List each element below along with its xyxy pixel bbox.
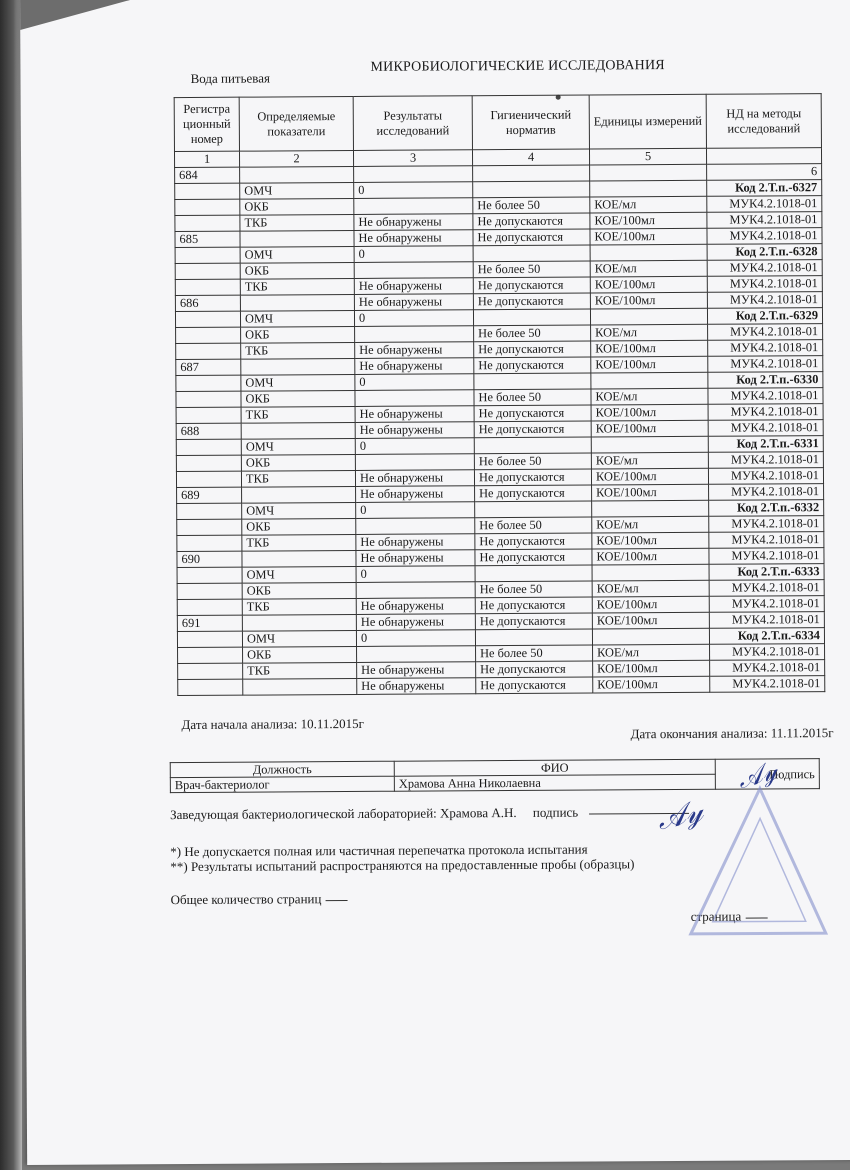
cell-result [356,582,475,599]
cell-method-doc: 6 [707,164,822,181]
cell-unit [591,372,708,389]
column-number: 2 [239,150,353,167]
cell-unit: КОЕ/100мл [592,532,709,549]
triangle-stamp [680,783,831,944]
cell-parameter: ТКБ [241,470,355,487]
cell-unit: КОЕ/мл [590,260,707,277]
cell-hygienic-norm: Не более 50 [473,261,590,278]
cell-reg-number [177,519,242,535]
cell-method-doc: МУК4.2.1018-01 [708,404,823,421]
cell-hygienic-norm: Не более 50 [474,453,591,470]
cell-reg-number [177,631,242,647]
cell-hygienic-norm: Не допускаются [475,597,592,614]
header-methods: НД на методы исследований [706,94,821,149]
cell-method-doc: МУК4.2.1018-01 [709,548,824,565]
document-page: Вода питьевая МИКРОБИОЛОГИЧЕСКИЕ ИССЛЕДО… [20,0,850,1165]
cell-unit: КОЕ/100мл [593,676,710,693]
cell-parameter [242,550,356,567]
cell-hygienic-norm: Не допускаются [473,277,590,294]
cell-method-doc: МУК4.2.1018-01 [708,340,823,357]
cell-parameter: ОКБ [242,518,356,535]
cell-result: Не обнаружены [354,214,473,231]
document-header: Вода питьевая МИКРОБИОЛОГИЧЕСКИЕ ИССЛЕДО… [155,55,815,89]
cell-result: Не обнаружены [354,278,473,295]
cell-hygienic-norm: Не допускаются [473,213,590,230]
cell-parameter [240,166,354,183]
cell-unit: КОЕ/100мл [592,612,709,629]
cell-parameter [240,294,354,311]
cell-unit: КОЕ/мл [591,324,708,341]
cell-reg-number: 691 [177,615,242,631]
cell-parameter [241,358,355,375]
cell-method-doc: Код 2.Т.п.-6333 [709,564,824,581]
cell-hygienic-norm [474,373,591,390]
total-pages: Общее количество страниц [171,891,348,908]
cell-parameter [243,678,357,695]
cell-parameter: ОМЧ [242,566,356,583]
cell-method-doc: Код 2.Т.п.-6327 [707,180,822,197]
cell-parameter: ОКБ [241,326,355,343]
cell-result [357,646,476,663]
cell-method-doc: МУК4.2.1018-01 [709,580,824,597]
cell-unit: КОЕ/мл [591,388,708,405]
cell-hygienic-norm: Не допускаются [475,613,592,630]
cell-method-doc: МУК4.2.1018-01 [709,516,824,533]
cell-result: 0 [356,566,475,583]
cell-reg-number [176,343,241,359]
cell-result [355,326,474,343]
table-row: Не обнаруженыНе допускаютсяКОЕ/100млМУК4… [178,676,825,696]
table-header-row: Регистра ционный номер Определяемые пока… [174,94,821,152]
head-of-lab-line: Заведующая бактериологической лаборатори… [170,804,690,823]
cell-reg-number [176,471,241,487]
cell-hygienic-norm: Не допускаются [473,293,590,310]
cell-parameter: ТКБ [243,662,357,679]
cell-parameter: ОМЧ [242,502,356,519]
cell-result: Не обнаружены [356,534,475,551]
cell-hygienic-norm [473,165,590,182]
cell-result [354,166,473,183]
header-results: Результаты исследований [353,96,472,151]
cell-method-doc: МУК4.2.1018-01 [709,532,824,549]
cell-unit [590,244,707,261]
cell-reg-number: 684 [175,167,240,183]
cell-method-doc: МУК4.2.1018-01 [707,228,822,245]
cell-method-doc: МУК4.2.1018-01 [707,212,822,229]
cell-reg-number [176,375,241,391]
cell-reg-number [175,311,240,327]
signer-position: Врач-бактериолог [170,776,394,792]
cell-method-doc: МУК4.2.1018-01 [707,260,822,277]
cell-reg-number [178,679,243,695]
cell-parameter [242,614,356,631]
cell-hygienic-norm: Не допускаются [476,677,593,694]
cell-method-doc: МУК4.2.1018-01 [709,484,824,501]
cell-hygienic-norm [473,181,590,198]
cell-method-doc: Код 2.Т.п.-6332 [709,500,824,517]
cell-reg-number: 690 [177,551,242,567]
cell-hygienic-norm: Не более 50 [476,645,593,662]
cell-unit: КОЕ/100мл [591,356,708,373]
cell-parameter: ОКБ [242,582,356,599]
cell-hygienic-norm: Не допускаются [474,421,591,438]
cell-method-doc: МУК4.2.1018-01 [710,644,825,661]
cell-parameter: ОКБ [240,198,354,215]
cell-parameter [241,422,355,439]
cell-reg-number [178,647,243,663]
cell-parameter: ОМЧ [240,310,354,327]
cell-result: Не обнаружены [355,342,474,359]
cell-result: Не обнаружены [357,678,476,695]
cell-method-doc: МУК4.2.1018-01 [710,660,825,677]
cell-unit [592,500,709,517]
header-units: Единицы измерений [589,94,706,149]
cell-method-doc: МУК4.2.1018-01 [708,356,823,373]
cell-hygienic-norm [475,629,592,646]
cell-hygienic-norm: Не допускаются [475,549,592,566]
cell-reg-number [177,503,242,519]
cell-reg-number [175,279,240,295]
cell-hygienic-norm [475,501,592,518]
cell-reg-number [175,247,240,263]
folded-corner [20,0,170,30]
cell-result: 0 [354,310,473,327]
cell-method-doc: Код 2.Т.п.-6328 [707,244,822,261]
header-parameters: Определяемые показатели [239,96,353,151]
column-number: 4 [472,149,589,166]
cell-result [356,518,475,535]
cell-hygienic-norm: Не допускаются [475,485,592,502]
cell-unit: КОЕ/100мл [591,420,708,437]
cell-unit: КОЕ/мл [593,644,710,661]
cell-unit [591,436,708,453]
cell-method-doc: МУК4.2.1018-01 [708,388,823,405]
analysis-start-date: Дата начала анализа: 10.11.2015г [181,716,364,733]
cell-reg-number [178,663,243,679]
cell-hygienic-norm: Не более 50 [475,517,592,534]
cell-method-doc: МУК4.2.1018-01 [708,420,823,437]
cell-method-doc: МУК4.2.1018-01 [709,596,824,613]
cell-parameter: ТКБ [240,214,354,231]
cell-unit: КОЕ/100мл [591,404,708,421]
cell-unit: КОЕ/мл [592,580,709,597]
cell-method-doc: МУК4.2.1018-01 [708,324,823,341]
cell-parameter: ОКБ [241,390,355,407]
cell-method-doc: МУК4.2.1018-01 [709,612,824,629]
cell-hygienic-norm: Не допускаются [474,341,591,358]
cell-unit: КОЕ/100мл [590,212,707,229]
cell-result: Не обнаружены [356,486,475,503]
cell-result: Не обнаружены [355,358,474,375]
cell-unit [592,564,709,581]
document-content: Вода питьевая МИКРОБИОЛОГИЧЕСКИЕ ИССЛЕДО… [155,55,815,89]
cell-reg-number [177,583,242,599]
cell-hygienic-norm: Не допускаются [474,405,591,422]
scanner-edge [0,0,22,1170]
cell-result: 0 [355,438,474,455]
cell-parameter: ТКБ [242,534,356,551]
cell-result: Не обнаружены [356,614,475,631]
cell-parameter: ОМЧ [240,246,354,263]
cell-reg-number: 685 [175,231,240,247]
cell-result: Не обнаружены [356,550,475,567]
cell-result: Не обнаружены [356,598,475,615]
cell-result: 0 [354,246,473,263]
cell-result: Не обнаружены [355,422,474,439]
cell-parameter [240,230,354,247]
cell-unit [592,628,709,645]
cell-reg-number [177,567,242,583]
cell-reg-number [176,455,241,471]
cell-hygienic-norm: Не более 50 [475,581,592,598]
cell-unit: КОЕ/100мл [592,596,709,613]
cell-method-doc: Код 2.Т.п.-6329 [707,308,822,325]
cell-parameter: ОМЧ [242,630,356,647]
cell-result [354,198,473,215]
cell-reg-number [177,535,242,551]
cell-hygienic-norm [473,309,590,326]
cell-reg-number: 689 [177,487,242,503]
cell-unit: КОЕ/мл [592,516,709,533]
cell-reg-number [175,215,240,231]
cell-parameter: ТКБ [242,598,356,615]
cell-hygienic-norm [475,565,592,582]
cell-parameter: ТКБ [241,342,355,359]
cell-parameter: ТКБ [241,406,355,423]
cell-parameter [242,486,356,503]
cell-result: 0 [356,630,475,647]
head-of-lab: Заведующая бактериологической лаборатори… [170,805,517,822]
cell-parameter: ОМЧ [241,438,355,455]
cell-hygienic-norm: Не допускаются [473,229,590,246]
cell-result: Не обнаружены [354,294,473,311]
header-norm: Гигиенический норматив [472,95,589,150]
cell-reg-number [176,391,241,407]
results-table: Регистра ционный номер Определяемые пока… [174,93,826,696]
cell-reg-number [176,439,241,455]
cell-reg-number: 687 [176,359,241,375]
cell-hygienic-norm: Не допускаются [475,533,592,550]
column-number [706,148,821,165]
cell-result: Не обнаружены [355,406,474,423]
cell-unit: КОЕ/100мл [593,660,710,677]
cell-unit: КОЕ/100мл [591,468,708,485]
column-number: 3 [353,150,472,167]
cell-method-doc: МУК4.2.1018-01 [708,452,823,469]
cell-result: 0 [356,502,475,519]
cell-result: Не обнаружены [357,662,476,679]
header-reg-number: Регистра ционный номер [174,97,239,151]
signer-name: Храмова Анна Николаевна [394,774,715,791]
note-samples: **) Результаты испытаний распространяютс… [170,856,634,875]
cell-unit: КОЕ/100мл [592,548,709,565]
cell-parameter: ТКБ [240,278,354,295]
cell-method-doc: МУК4.2.1018-01 [707,276,822,293]
cell-method-doc: МУК4.2.1018-01 [708,468,823,485]
cell-parameter: ОКБ [241,454,355,471]
cell-reg-number [177,599,242,615]
analysis-end-date: Дата окончания анализа: 11.11.2015г [631,725,834,742]
cell-reg-number: 686 [175,295,240,311]
cell-method-doc: МУК4.2.1018-01 [710,676,825,693]
cell-hygienic-norm: Не допускаются [474,357,591,374]
document-title: МИКРОБИОЛОГИЧЕСКИЕ ИССЛЕДОВАНИЯ [370,58,664,76]
cell-hygienic-norm [473,245,590,262]
cell-result: 0 [355,374,474,391]
cell-method-doc: Код 2.Т.п.-6330 [708,372,823,389]
cell-unit: КОЕ/100мл [591,340,708,357]
document-subject: Вода питьевая [190,70,270,86]
cell-method-doc: Код 2.Т.п.-6334 [709,628,824,645]
total-pages-label: Общее количество страниц [171,891,322,907]
cell-unit: КОЕ/100мл [590,228,707,245]
cell-unit: КОЕ/100мл [590,292,707,309]
cell-hygienic-norm [474,437,591,454]
cell-reg-number [176,407,241,423]
cell-hygienic-norm: Не более 50 [473,197,590,214]
cell-unit: КОЕ/100мл [590,276,707,293]
cell-result [355,454,474,471]
cell-method-doc: Код 2.Т.п.-6331 [708,436,823,453]
total-pages-blank [325,900,347,901]
cell-unit [590,308,707,325]
cell-result: Не обнаружены [355,470,474,487]
cell-parameter: ОКБ [243,646,357,663]
cell-result: 0 [354,182,473,199]
cell-reg-number [175,263,240,279]
cell-method-doc: МУК4.2.1018-01 [707,196,822,213]
cell-reg-number [176,327,241,343]
cell-method-doc: МУК4.2.1018-01 [707,292,822,309]
signature-label: подпись [533,805,578,820]
cell-hygienic-norm: Не допускаются [476,661,593,678]
cell-reg-number [175,183,240,199]
cell-result [355,390,474,407]
cell-unit: КОЕ/мл [590,196,707,213]
cell-result [354,262,473,279]
analysis-dates: Дата начала анализа: 10.11.2015г Дата ок… [181,713,821,717]
cell-hygienic-norm: Не допускаются [474,469,591,486]
cell-parameter: ОКБ [240,262,354,279]
col-position-header: Должность [170,761,394,777]
cell-unit [590,164,707,181]
cell-parameter: ОМЧ [240,182,354,199]
cell-parameter: ОМЧ [241,374,355,391]
cell-result: Не обнаружены [354,230,473,247]
cell-unit: КОЕ/100мл [592,484,709,501]
cell-reg-number [175,199,240,215]
cell-unit [590,180,707,197]
cell-unit: КОЕ/мл [591,452,708,469]
cell-hygienic-norm: Не более 50 [474,389,591,406]
column-number: 5 [589,148,706,165]
cell-hygienic-norm: Не более 50 [474,325,591,342]
column-number: 1 [174,151,239,167]
cell-reg-number: 688 [176,423,241,439]
